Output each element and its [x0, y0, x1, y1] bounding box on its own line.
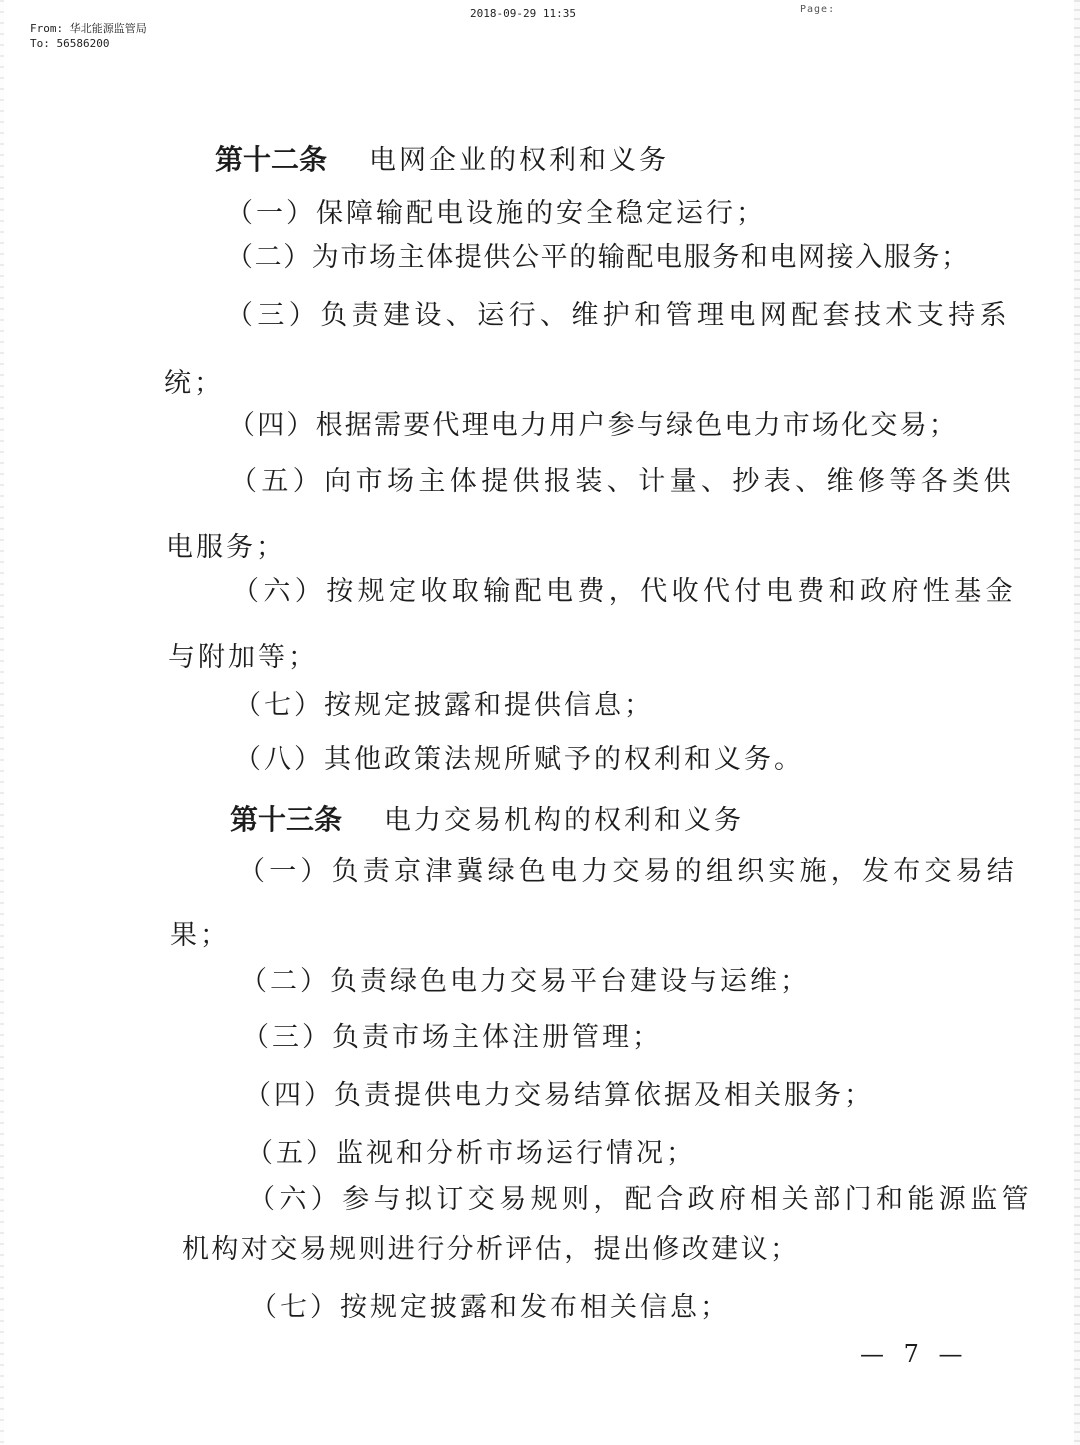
fax-to-value: 56586200 [57, 37, 110, 50]
fax-header: From: 华北能源监管局 To: 56586200 2018-09-29 11… [0, 0, 1080, 60]
article-item: （四）负责提供电力交易结算依据及相关服务； [244, 1080, 874, 1112]
article-item: （八）其他政策法规所赋予的权利和义务。 [234, 744, 804, 776]
article-item-continuation: 统； [164, 368, 224, 400]
article-item-continuation: 电服务； [166, 532, 286, 564]
article-item: （七）按规定披露和提供信息； [234, 690, 654, 722]
article-item: （六）参与拟订交易规则，配合政府相关部门和能源监管 [248, 1184, 1033, 1216]
scan-edge-left [0, 0, 4, 1445]
article-item: （六）按规定收取输配电费，代收代付电费和政府性基金 [232, 576, 1017, 608]
scan-edge-right [1074, 0, 1080, 1445]
article-item-continuation: 机构对交易规则进行分析评估，提出修改建议； [182, 1234, 799, 1266]
article-item: （三）负责市场主体注册管理； [242, 1022, 662, 1054]
article-title: 电网企业的权利和义务 [369, 145, 669, 176]
fax-to-label: To: [30, 37, 50, 50]
article-number: 第十二条 [215, 143, 327, 176]
page-number: — 7 — [860, 1340, 969, 1368]
article-item: （四）根据需要代理电力用户参与绿色电力市场化交易； [228, 410, 958, 442]
fax-from-value: 华北能源监管局 [70, 22, 147, 35]
article-item: （二）为市场主体提供公平的输配电服务和电网接入服务； [226, 242, 970, 274]
fax-page-marker: Page: [800, 4, 835, 15]
article-item: （二）负责绿色电力交易平台建设与运维； [240, 966, 810, 998]
article-12-heading: 第十二条电网企业的权利和义务 [215, 144, 669, 177]
article-number: 第十三条 [230, 803, 342, 836]
fax-to: To: 56586200 [30, 37, 109, 50]
fax-from: From: 华北能源监管局 [30, 20, 147, 36]
article-item: （一）负责京津冀绿色电力交易的组织实施，发布交易结 [238, 856, 1018, 888]
article-item: （五）监视和分析市场运行情况； [246, 1138, 696, 1170]
article-item: （五）向市场主体提供报装、计量、抄表、维修等各类供 [230, 466, 1015, 498]
fax-timestamp: 2018-09-29 11:35 [470, 7, 576, 20]
article-item: （七）按规定披露和发布相关信息； [250, 1292, 730, 1324]
article-title: 电力交易机构的权利和义务 [384, 805, 744, 836]
article-item: （三）负责建设、运行、维护和管理电网配套技术支持系 [226, 300, 1011, 332]
article-item: （一）保障输配电设施的安全稳定运行； [226, 198, 766, 230]
fax-from-label: From: [30, 22, 63, 35]
article-item-continuation: 与附加等； [168, 642, 318, 674]
article-13-heading: 第十三条电力交易机构的权利和义务 [230, 804, 744, 837]
article-item-continuation: 果； [170, 920, 230, 952]
